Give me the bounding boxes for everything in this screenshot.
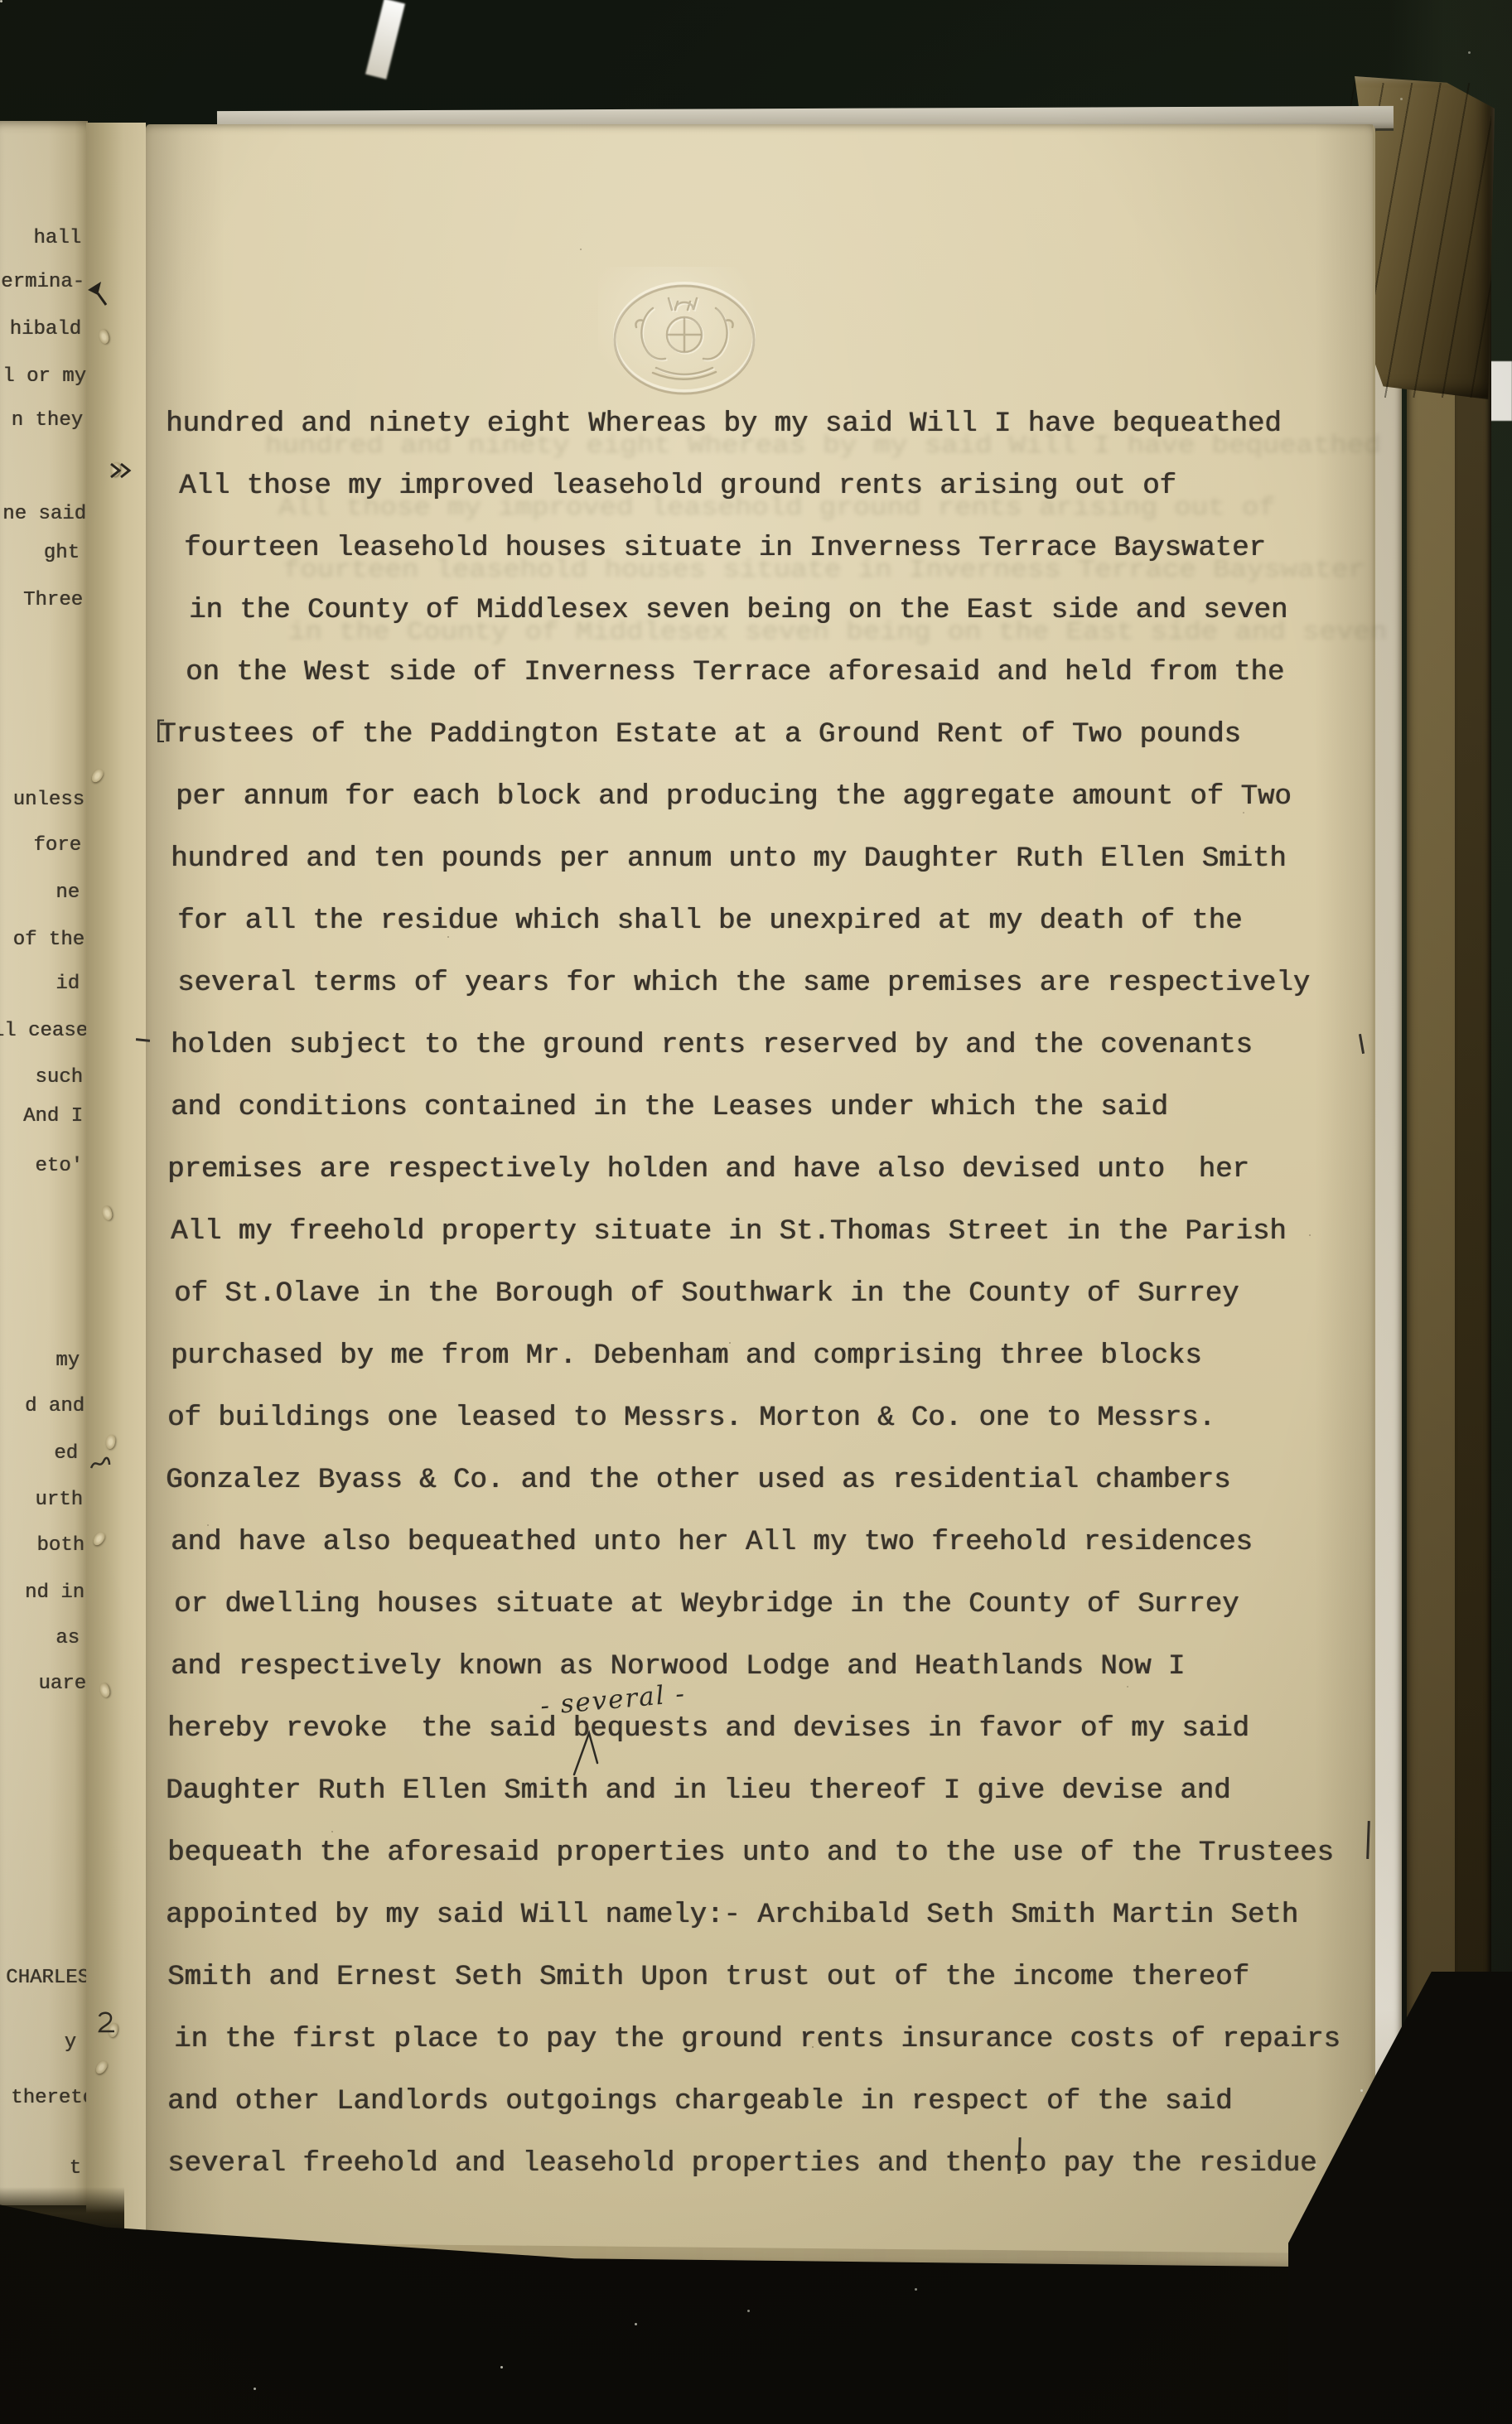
print-through-ghost: All those my improved leasehold ground r… [278, 496, 1276, 522]
prev-page-fragment: urth [35, 1490, 83, 1510]
print-through-ghost: fourteen leasehold houses situate in Inv… [283, 558, 1365, 584]
prev-page-fragment: ght [44, 543, 80, 563]
prev-page-fragment: hall [33, 229, 81, 249]
prev-page-fragment: Three [23, 591, 83, 611]
prev-page-fragment: And I [23, 1107, 83, 1127]
prev-page-fragment: as [56, 1629, 80, 1649]
prev-page-fragment: nd in [25, 1583, 85, 1603]
insertion-caret-icon [572, 1728, 601, 1778]
prev-page-fragment: y [65, 2033, 76, 2053]
prev-page-fragment: t [70, 2159, 81, 2179]
typed-line: and other Landlords outgoings chargeable… [167, 2088, 1232, 2116]
margin-chevrons-icon [108, 461, 136, 480]
left-bracket-mark: [ [152, 717, 167, 746]
typed-line: All my freehold property situate in St.T… [171, 1218, 1287, 1246]
typed-line: several terms of years for which the sam… [177, 969, 1310, 997]
typed-line: hundred and ten pounds per annum unto my… [171, 845, 1287, 873]
typed-line: Trustees of the Paddington Estate at a G… [159, 721, 1241, 749]
dust-specks [0, 0, 2, 2]
typed-line: Daughter Ruth Ellen Smith and in lieu th… [166, 1777, 1230, 1805]
typed-line: for all the residue which shall be unexp… [177, 907, 1242, 935]
paper-sliver-top [365, 0, 405, 80]
prev-page-fragment: ed [54, 1444, 78, 1464]
prev-page-fragment: uare [38, 1674, 86, 1694]
typed-text-block: hundred and ninety eight Whereas by my s… [166, 410, 1408, 2233]
typed-line: premises are respectively holden and hav… [167, 1156, 1249, 1184]
prev-page-fragment: l or my [2, 367, 86, 387]
typed-line: purchased by me from Mr. Debenham and co… [171, 1342, 1202, 1370]
typed-line: appointed by my said Will namely:- Archi… [166, 1901, 1298, 1929]
print-through-ghost: hundred and ninety eight Whereas by my s… [265, 434, 1381, 460]
prev-page-fragment: CHARLES [6, 1968, 89, 1988]
prev-page-fragment: ll cease [0, 1021, 88, 1041]
torn-page-edges-dark [1455, 124, 1491, 2228]
prev-page-fragment: fore [33, 836, 81, 856]
prev-page-fragment: ne [56, 883, 80, 903]
typed-line: of buildings one leased to Messrs. Morto… [167, 1404, 1215, 1432]
prev-page-fragment: thereto [11, 2088, 94, 2108]
typed-line: or dwelling houses situate at Weybridge … [174, 1591, 1239, 1619]
typed-line: in the first place to pay the ground ren… [174, 2026, 1341, 2054]
typed-line: and have also bequeathed unto her All my… [171, 1528, 1253, 1557]
prev-page-fragment: both [36, 1536, 85, 1556]
typed-line: and conditions contained in the Leases u… [171, 1094, 1168, 1122]
prev-page-fragment: eto' [35, 1156, 83, 1176]
margin-arrow-mark-icon [85, 280, 109, 308]
prev-page-fragment: of the [13, 930, 85, 950]
print-through-ghost: in the County of Middlesex seven being o… [288, 620, 1387, 646]
typed-line: and respectively known as Norwood Lodge … [171, 1653, 1185, 1681]
typed-line: Smith and Ernest Seth Smith Upon trust o… [167, 1963, 1249, 1992]
previous-page-edge: halltermina-hibaldl or myn theyne saidgh… [0, 121, 88, 2205]
prev-page-fragment: hibald [10, 320, 81, 340]
margin-curl-mark-icon [94, 2010, 119, 2035]
prev-page-fragment: n they [12, 411, 83, 431]
prev-page-fragment: ne said [2, 505, 86, 524]
prev-page-fragment: unless [13, 790, 85, 810]
prev-page-fragment: my [56, 1351, 80, 1371]
prev-page-fragment: such [35, 1068, 83, 1088]
embossed-royal-seal-icon [598, 267, 770, 404]
typed-line: several freehold and leasehold propertie… [167, 2150, 1316, 2178]
typed-line: of St.Olave in the Borough of Southwark … [174, 1280, 1239, 1308]
margin-squiggle-icon [89, 1455, 111, 1473]
typed-line: per annum for each block and producing t… [176, 783, 1292, 811]
prev-page-fragment: id [56, 974, 80, 994]
typed-line: holden subject to the ground rents reser… [171, 1031, 1253, 1060]
typed-line: hereby revoke the said bequests and devi… [167, 1715, 1249, 1743]
binding-gutter [86, 123, 146, 2232]
royal-coat-of-arms-icon [598, 267, 770, 404]
typed-line: Gonzalez Byass & Co. and the other used … [166, 1466, 1230, 1494]
typed-line: on the West side of Inverness Terrace af… [186, 659, 1284, 687]
typed-line: bequeath the aforesaid properties unto a… [167, 1839, 1334, 1867]
scanned-probate-page: halltermina-hibaldl or myn theyne saidgh… [0, 0, 1512, 2424]
prev-page-fragment: termina- [0, 273, 85, 292]
prev-page-fragment: d and [25, 1397, 85, 1417]
